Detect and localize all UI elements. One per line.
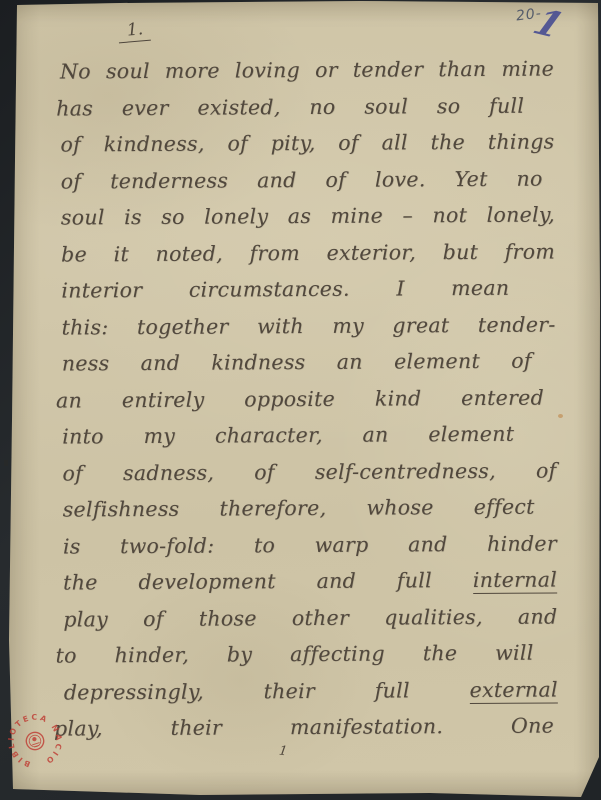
manuscript-line: is two-fold: to warp and hinder <box>63 525 557 565</box>
manuscript-line: No soul more loving or tender than mine <box>60 50 554 90</box>
line-text: depressingly, their full <box>64 678 410 704</box>
page-number: 1. <box>117 19 151 44</box>
paper-stain <box>558 414 563 418</box>
manuscript-line: ness and kindness an element of <box>62 343 532 382</box>
underlined-word-external: external <box>469 677 557 704</box>
manuscript-line: an entirely opposite kind entered <box>56 379 544 418</box>
manuscript-line: selfishness therefore, whose effect <box>63 489 535 528</box>
handwritten-text-block: No soul more loving or tender than mine … <box>60 50 558 747</box>
scan-background: 1. 20- 1 No soul more loving or tender t… <box>0 0 601 800</box>
manuscript-line: play, their manifestation. One <box>54 708 554 748</box>
manuscript-line: interior circumstances. I mean <box>61 270 509 309</box>
manuscript-line: of sadness, of self-centredness, of <box>62 452 556 492</box>
manuscript-line-with-underline: depressingly, their full external <box>64 671 558 711</box>
edge-speck <box>4 460 8 466</box>
manuscript-line: of tenderness and of love. Yet no <box>61 160 543 199</box>
manuscript-line: of kindness, of pity, of all the things <box>60 123 554 163</box>
manuscript-line: be it noted, from exterior, but from <box>61 233 555 273</box>
manuscript-line: has ever existed, no soul so full <box>56 87 524 126</box>
line-text: the development and full <box>63 568 432 594</box>
manuscript-line: this: together with my great tender- <box>61 306 555 346</box>
manuscript-line: to hinder, by affecting the will <box>55 635 533 674</box>
underlined-word-internal: internal <box>473 567 557 594</box>
manuscript-line: soul is so lonely as mine – not lonely, <box>61 196 555 236</box>
manuscript-line-with-underline: the development and full internal <box>63 561 557 601</box>
manuscript-line: into my character, an element <box>62 416 514 455</box>
manuscript-line: play of those other qualities, and <box>63 598 557 638</box>
